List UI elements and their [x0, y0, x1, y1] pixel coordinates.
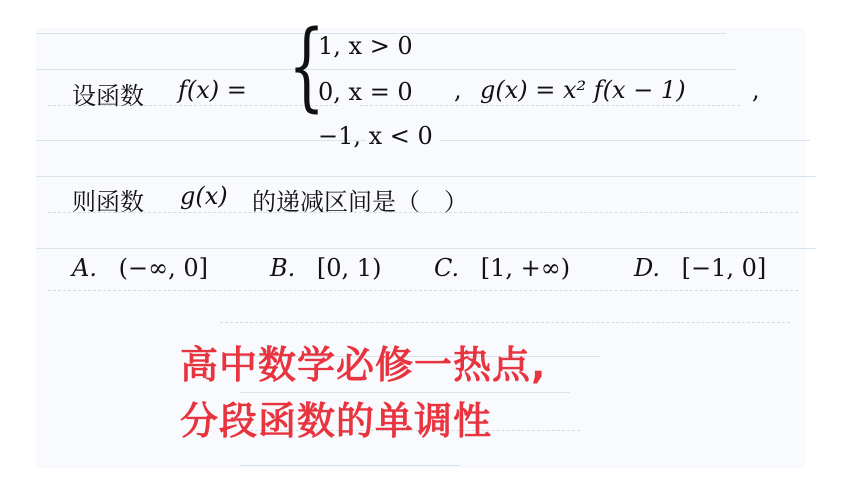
separator-comma: ,	[454, 76, 462, 104]
option-a[interactable]: A. (−∞, 0]	[72, 254, 208, 282]
option-d-value: [−1, 0]	[682, 254, 767, 282]
f-label: f(x) =	[178, 76, 247, 104]
case-3: −1, x < 0	[318, 122, 433, 150]
trailing-comma: ,	[752, 76, 760, 104]
option-d-letter: D.	[634, 254, 660, 282]
ruled-line	[440, 140, 810, 141]
option-d[interactable]: D. [−1, 0]	[634, 254, 766, 282]
ruled-line	[360, 105, 740, 106]
ruled-line	[366, 69, 736, 70]
option-a-value: (−∞, 0]	[119, 254, 208, 282]
line2-prefix: 则函数	[72, 182, 144, 217]
option-c-value: [1, +∞)	[481, 254, 570, 282]
case-1: 1, x > 0	[318, 32, 413, 60]
option-c-letter: C.	[434, 254, 459, 282]
ruled-line	[366, 33, 726, 34]
option-b[interactable]: B. [0, 1)	[270, 254, 381, 282]
g-definition: g(x) = x² f(x − 1)	[480, 76, 686, 104]
ruled-line	[48, 290, 798, 291]
ruled-line	[240, 465, 460, 466]
caption-line-2: 分段函数的单调性	[180, 390, 492, 445]
ruled-line	[220, 322, 790, 323]
option-c[interactable]: C. [1, +∞)	[434, 254, 570, 282]
ruled-line	[36, 176, 816, 177]
stem-prefix: 设函数	[72, 76, 144, 111]
ruled-line	[36, 248, 816, 249]
case-2: 0, x = 0	[318, 78, 413, 106]
caption-line-1: 高中数学必修一热点,	[180, 334, 546, 389]
option-a-letter: A.	[72, 254, 97, 282]
option-b-value: [0, 1)	[317, 254, 382, 282]
g-label: g(x)	[180, 182, 228, 210]
option-b-letter: B.	[270, 254, 295, 282]
line2-suffix: 的递减区间是（ ）	[252, 182, 468, 217]
ruled-line	[36, 140, 366, 141]
